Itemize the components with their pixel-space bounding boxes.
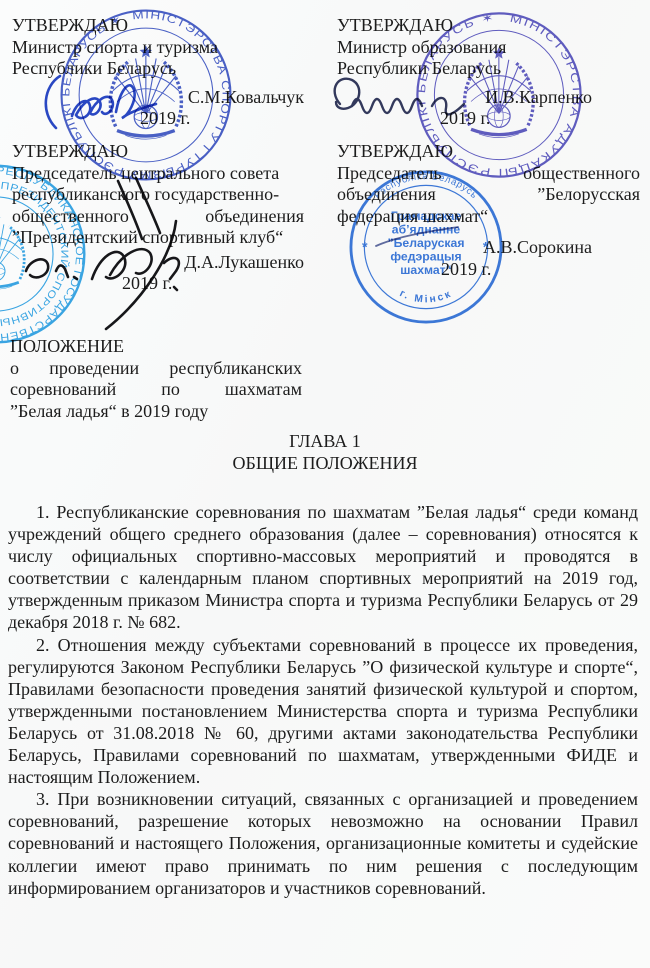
document-body: 1. Республиканские соревнования по шахма… [8,501,638,899]
paragraph-2: 2. Отношения между субъектами соревнован… [8,634,638,789]
federation-chair-signature [372,222,462,252]
document-title: ПОЛОЖЕНИЕ о проведении республиканских с… [10,336,302,422]
chapter-number: ГЛАВА 1 [8,430,642,452]
title-line: ”Белая ладья“ в 2019 году [10,401,302,423]
chapter-heading: ГЛАВА 1 ОБЩИЕ ПОЛОЖЕНИЯ [8,430,642,474]
paragraph-3: 3. При возникновении ситуаций, связанных… [8,788,638,898]
stamp-star-left: * [362,240,368,256]
paragraph-1: 1. Республиканские соревнования по шахма… [8,501,638,634]
sport-club-chair-signature [6,175,241,335]
stamp-arc-top-text: Рэспубліка Беларусь [372,171,479,201]
title-line: соревнований по шахматам [10,379,302,401]
education-minister-signature [320,70,472,128]
title-line: о проведении республиканских [10,358,302,380]
chapter-title: ОБЩИЕ ПОЛОЖЕНИЯ [8,452,642,474]
stamp-arc-bottom-text: г. Мінск [398,288,455,305]
scanned-document-page: УТВЕРЖДАЮ Министр спорта и туризма Респу… [0,0,650,968]
stamp-star-right: * [483,240,489,256]
svg-text:шахмат“: шахмат“ [400,263,452,277]
sport-minister-signature [38,60,178,135]
